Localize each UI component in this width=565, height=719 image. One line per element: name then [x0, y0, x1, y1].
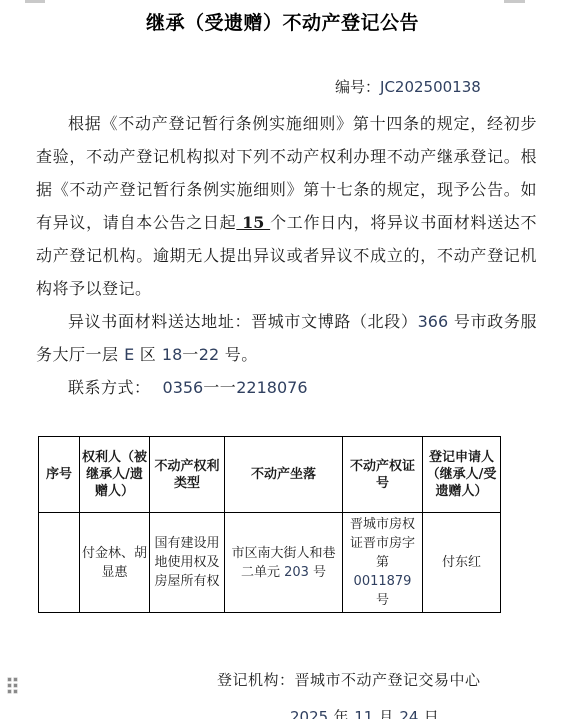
notice-main-paragraph: 根据《不动产登记暂行条例实施细则》第十四条的规定，经初步查验，不动产登记机构拟对…	[36, 107, 537, 305]
property-registration-table: 序号 权利人（被继承人/遗赠人） 不动产权利类型 不动产坐落 不动产权证号 登记…	[38, 436, 501, 613]
contact-paragraph: 联系方式：0356一一2218076	[36, 371, 537, 404]
table-row: 付金林、胡显惠 国有建设用地使用权及房屋所有权 市区南大街人和巷二单元 203 …	[39, 513, 501, 613]
notice-document-page: 继承（受遗赠）不动产登记公告 编号：JC202500138 根据《不动产登记暂行…	[0, 0, 565, 719]
org-value: 晋城市不动产登记交易中心	[295, 671, 481, 689]
dot	[8, 690, 11, 693]
notice-body: 根据《不动产登记暂行条例实施细则》第十四条的规定，经初步查验，不动产登记机构拟对…	[36, 107, 537, 404]
doc-number-line: 编号：JC202500138	[335, 76, 565, 97]
table-header-row: 序号 权利人（被继承人/遗赠人） 不动产权利类型 不动产坐落 不动产权证号 登记…	[39, 437, 501, 513]
top-edge-mark-right	[504, 0, 525, 3]
col-header-right-type: 不动产权利类型	[150, 437, 225, 513]
cell-right-type: 国有建设用地使用权及房屋所有权	[150, 513, 225, 613]
cell-property-location: 市区南大街人和巷二单元 203 号	[225, 513, 343, 613]
contact-phone-value: 0356一一2218076	[163, 378, 308, 397]
contact-label: 联系方式：	[68, 378, 151, 397]
org-label: 登记机构：	[217, 671, 295, 689]
registration-org-line: 登记机构：晋城市不动产登记交易中心	[217, 669, 565, 690]
col-header-applicant: 登记申请人（继承人/受遗赠人）	[423, 437, 501, 513]
dot	[8, 684, 11, 687]
objection-address-paragraph: 异议书面材料送达地址：晋城市文博路（北段）366 号市政务服务大厅一层 E 区 …	[36, 305, 537, 371]
drag-handle-dots-icon[interactable]	[8, 678, 19, 695]
cell-certificate-number: 晋城市房权证晋市房字第 0011879 号	[343, 513, 423, 613]
dot	[8, 678, 11, 681]
dot	[14, 690, 17, 693]
doc-number-value: JC202500138	[380, 78, 481, 96]
col-header-certificate-number: 不动产权证号	[343, 437, 423, 513]
doc-number-label: 编号：	[335, 78, 380, 96]
dot	[14, 678, 17, 681]
cell-right-holder: 付金林、胡显惠	[80, 513, 150, 613]
top-edge-mark-left	[25, 0, 45, 3]
cell-applicant: 付东红	[423, 513, 501, 613]
col-header-serial-number: 序号	[39, 437, 80, 513]
dot	[14, 684, 17, 687]
page-title: 继承（受遗赠）不动产登记公告	[0, 0, 565, 35]
date-line: 2025 年 11 月 24 日	[290, 706, 565, 719]
col-header-property-location: 不动产坐落	[225, 437, 343, 513]
cell-serial-number	[39, 513, 80, 613]
col-header-right-holder: 权利人（被继承人/遗赠人）	[80, 437, 150, 513]
